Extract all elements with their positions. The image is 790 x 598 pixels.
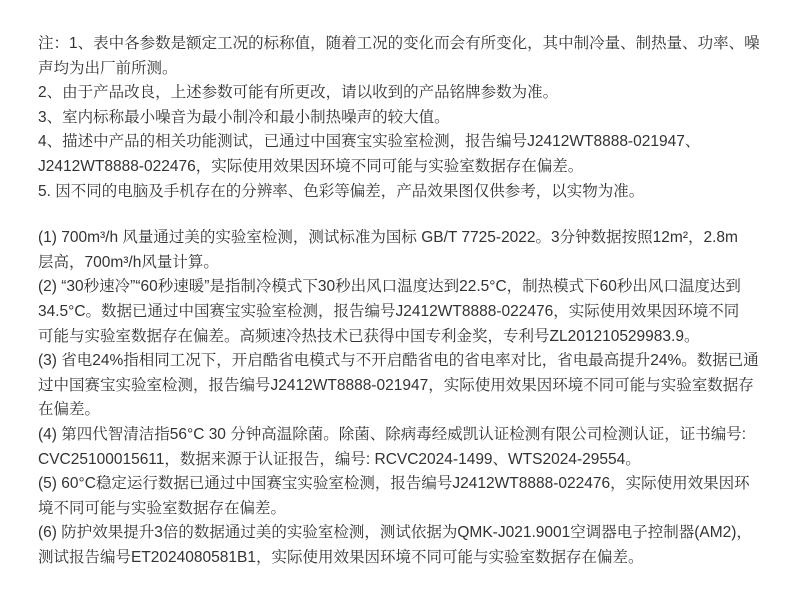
text-line: (3) 省电24%指相同工况下，开启酷省电模式与不开启酷省电的省电率对比，省电最… [38,349,760,374]
text-line: 层高，700m³/h风量计算。 [38,251,760,276]
text-line: 2、由于产品改良，上述参数可能有所更改，请以收到的产品铭牌参数为准。 [38,81,760,106]
text-line: 注：1、表中各参数是额定工况的标称值，随着工况的变化而会有所变化，其中制冷量、制… [38,32,760,57]
text-line: 在偏差。 [38,398,760,423]
text-line: J2412WT8888-022476，实际使用效果因环境不同可能与实验室数据存在… [38,155,760,180]
text-line: CVC25100015611，数据来源于认证报告，编号: RCVC2024-14… [38,448,760,473]
text-line: 5. 因不同的电脑及手机存在的分辨率、色彩等偏差，产品效果图仅供参考，以实物为准… [38,180,760,205]
text-line: (5) 60°C稳定运行数据已通过中国赛宝实验室检测，报告编号J2412WT88… [38,472,760,497]
text-line: (6) 防护效果提升3倍的数据通过美的实验室检测，测试依据为QMK-J021.9… [38,521,760,546]
text-line: (1) 700m³/h 风量通过美的实验室检测，测试标准为国标 GB/T 772… [38,226,760,251]
text-line: 声均为出厂前所测。 [38,57,760,82]
text-line: (2) “30秒速冷”“60秒速暖”是指制冷模式下30秒出风口温度达到22.5°… [38,275,760,300]
text-line: 3、室内标称最小噪音为最小制冷和最小制热噪声的较大值。 [38,106,760,131]
text-line: 过中国赛宝实验室检测，报告编号J2412WT8888-021947，实际使用效果… [38,374,760,399]
section-gap [38,204,760,226]
footnotes-section: (1) 700m³/h 风量通过美的实验室检测，测试标准为国标 GB/T 772… [38,226,760,570]
text-line: (4) 第四代智清洁指56°C 30 分钟高温除菌。除菌、除病毒经威凯认证检测有… [38,423,760,448]
text-line: 4、描述中产品的相关功能测试，已通过中国赛宝实验室检测，报告编号J2412WT8… [38,130,760,155]
text-line: 境不同可能与实验室数据存在偏差。 [38,497,760,522]
notes-section: 注：1、表中各参数是额定工况的标称值，随着工况的变化而会有所变化，其中制冷量、制… [38,32,760,204]
product-disclaimer-document: 注：1、表中各参数是额定工况的标称值，随着工况的变化而会有所变化，其中制冷量、制… [0,0,790,598]
text-line: 34.5°C。数据已通过中国赛宝实验室检测，报告编号J2412WT8888-02… [38,300,760,325]
text-line: 可能与实验室数据存在偏差。高频速冷热技术已获得中国专利金奖，专利号ZL20121… [38,325,760,350]
text-line: 测试报告编号ET2024080581B1，实际使用效果因环境不同可能与实验室数据… [38,546,760,571]
